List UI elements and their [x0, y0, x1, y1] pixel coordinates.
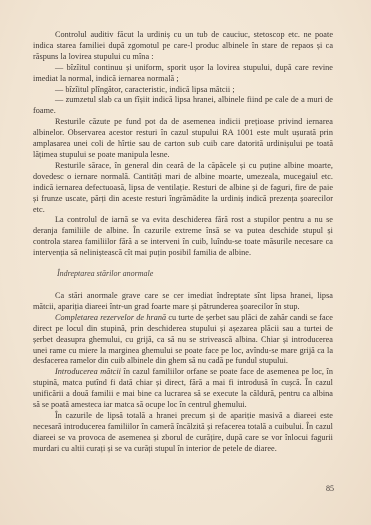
book-page: Controlul auditiv făcut la urdiniș cu un… [0, 0, 371, 525]
paragraph-queen-introduction: Introducerea mătcii în cazul familiilor … [33, 367, 333, 411]
paragraph-food-reserves: Completarea rezervelor de hrană cu turte… [33, 313, 333, 368]
paragraph-auditory-control: Controlul auditiv făcut la urdiniș cu un… [33, 30, 333, 63]
paragraph-diarrhea: În cazurile de lipsă totală a hranei pre… [33, 411, 333, 455]
section-1-text: Controlul auditiv făcut la urdiniș cu un… [33, 30, 333, 259]
list-item-queenless-buzz: — bîzîitul plîngător, caracteristic, ind… [33, 85, 333, 96]
paragraph-debris: Resturile căzute pe fund pot da de aseme… [33, 117, 333, 161]
italic-lead-food: Completarea rezervelor de hrană [55, 313, 166, 322]
page-number: 85 [326, 484, 334, 493]
section-heading: Îndreptarea stărilor anormale [57, 269, 153, 278]
paragraph-abnormal-states: Ca stări anormale grave care se cer imed… [33, 291, 333, 313]
italic-lead-queen: Introducerea mătcii [55, 367, 121, 376]
paragraph-winter-control: La controlul de iarnă se va evita deschi… [33, 215, 333, 259]
paragraph-debris-types: Resturile sărace, în general din ceară d… [33, 161, 333, 216]
list-item-normal-buzz: — bîzîitul continuu și uniform, sporit u… [33, 63, 333, 85]
list-item-hunger-buzz: — zumzetul slab ca un fîșiit indică lips… [33, 95, 333, 117]
section-2-text: Ca stări anormale grave care se cer imed… [33, 291, 333, 455]
